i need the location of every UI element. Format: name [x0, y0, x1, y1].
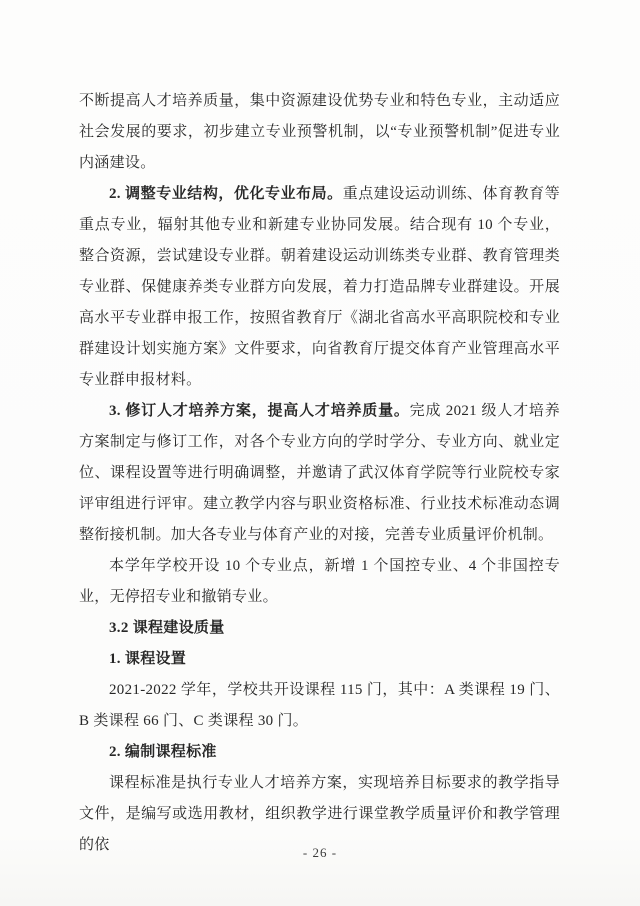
paragraph: 3. 修订人才培养方案，提高人才培养质量。完成 2021 级人才培养方案制定与修… — [79, 396, 560, 551]
paragraph-text-bold: 2. 调整专业结构，优化专业布局。 — [109, 186, 343, 202]
paragraph-text-bold: 3. 修订人才培养方案，提高人才培养质量。 — [109, 403, 410, 419]
paragraph-text-bold: 3.2 课程建设质量 — [109, 620, 225, 636]
paragraph: 1. 课程设置 — [79, 644, 560, 675]
document-page: 不断提高人才培养质量，集中资源建设优势专业和特色专业，主动适应社会发展的要求，初… — [0, 0, 640, 906]
paragraph-text: 本学年学校开设 10 个专业点，新增 1 个国控专业、4 个非国控专业，无停招专… — [79, 558, 560, 605]
paragraph-text: 2021-2022 学年，学校共开设课程 115 门，其中：A 类课程 19 门… — [79, 682, 560, 729]
paragraph-text: 课程标准是执行专业人才培养方案，实现培养目标要求的教学指导文件，是编写或选用教材… — [79, 775, 560, 853]
paragraph: 2021-2022 学年，学校共开设课程 115 门，其中：A 类课程 19 门… — [79, 675, 560, 737]
paragraph-text-bold: 1. 课程设置 — [109, 651, 186, 667]
paragraph-text: 重点建设运动训练、体育教育等重点专业，辐射其他专业和新建专业协同发展。结合现有 … — [79, 186, 560, 388]
paragraph-text-bold: 2. 编制课程标准 — [109, 744, 217, 760]
page-footer: - 26 - — [0, 845, 640, 861]
page-number: - 26 - — [303, 845, 337, 860]
paragraph: 本学年学校开设 10 个专业点，新增 1 个国控专业、4 个非国控专业，无停招专… — [79, 551, 560, 613]
paragraph: 2. 调整专业结构，优化专业布局。重点建设运动训练、体育教育等重点专业，辐射其他… — [79, 179, 560, 396]
paragraph: 2. 编制课程标准 — [79, 737, 560, 768]
paragraph-text: 不断提高人才培养质量，集中资源建设优势专业和特色专业，主动适应社会发展的要求，初… — [79, 93, 560, 171]
paragraph: 3.2 课程建设质量 — [79, 613, 560, 644]
paragraph: 不断提高人才培养质量，集中资源建设优势专业和特色专业，主动适应社会发展的要求，初… — [79, 86, 560, 179]
document-body: 不断提高人才培养质量，集中资源建设优势专业和特色专业，主动适应社会发展的要求，初… — [79, 86, 560, 861]
paragraph-text: 完成 2021 级人才培养方案制定与修订工作，对各个专业方向的学时学分、专业方向… — [79, 403, 560, 543]
